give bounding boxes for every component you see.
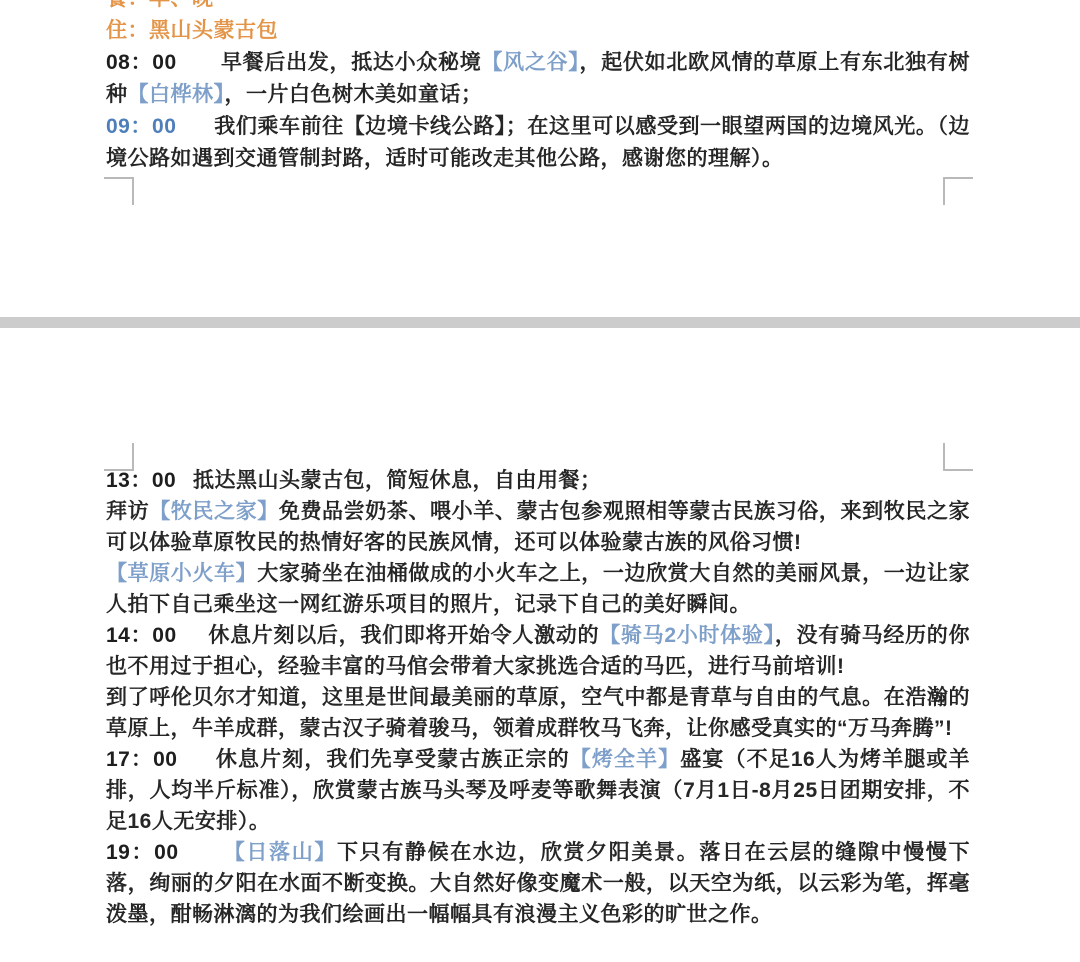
highlight-wind-valley: 【风之谷】 — [481, 51, 579, 74]
text-run: 拜访 — [106, 500, 149, 523]
highlight-horse-riding: 【骑马2小时体验】 — [599, 624, 775, 647]
highlight-roast-lamb: 【烤全羊】 — [570, 748, 681, 771]
highlight-birch-forest: 【白桦林】 — [128, 83, 225, 106]
paragraph-1700: 17：00休息片刻，我们先享受蒙古族正宗的【烤全羊】盛宴（不足16人为烤羊腿或羊… — [106, 744, 970, 837]
time-label-0900: 09：00 — [106, 115, 176, 138]
meal-line: 餐：早、晚 — [106, 0, 970, 15]
highlight-grass-train: 【草原小火车】 — [106, 562, 257, 585]
paragraph-1400: 14：00休息片刻以后，我们即将开始令人激动的【骑马2小时体验】，没有骑马经历的… — [106, 620, 970, 682]
time-label-1700: 17：00 — [106, 748, 177, 771]
stay-label: 住：黑山头蒙古包 — [106, 19, 278, 42]
paragraph-grassland: 到了呼伦贝尔才知道，这里是世间最美丽的草原，空气中都是青草与自由的气息。在浩瀚的… — [106, 682, 970, 744]
page-1-text-area: 餐：早、晚 住：黑山头蒙古包 08：00早餐后出发，抵达小众秘境【风之谷】，起伏… — [106, 0, 970, 175]
paragraph-herdsman-home: 拜访【牧民之家】免费品尝奶茶、喂小羊、蒙古包参观照相等蒙古民族习俗，来到牧民之家… — [106, 496, 970, 558]
time-label-1900: 19：00 — [106, 841, 179, 864]
paragraph-grass-train: 【草原小火车】大家骑坐在油桶做成的小火车之上，一边欣赏大自然的美丽风景，一边让家… — [106, 558, 970, 620]
text-run: 到了呼伦贝尔才知道，这里是世间最美丽的草原，空气中都是青草与自由的气息。在浩瀚的… — [106, 686, 970, 740]
crop-mark-page1-bottom-right — [943, 177, 973, 205]
text-run-blue: 我们乘车前往【边境卡线公路】；在这里可以感受到一眼望两国的边境风光。（边境公路如… — [106, 115, 970, 170]
page-2-text-area: 13：00抵达黑山头蒙古包，简短休息，自由用餐； 拜访【牧民之家】免费品尝奶茶、… — [106, 465, 970, 930]
time-label-1400: 14：00 — [106, 624, 177, 647]
text-run: 早餐后出发，抵达小众秘境 — [221, 51, 482, 74]
text-run: 休息片刻，我们先享受蒙古族正宗的 — [215, 748, 569, 771]
paragraph-0800: 08：00早餐后出发，抵达小众秘境【风之谷】，起伏如北欧风情的草原上有东北独有树… — [106, 47, 970, 111]
time-label-0800: 08：00 — [106, 51, 177, 74]
highlight-sunset-mountain: 【日落山】 — [223, 841, 337, 864]
paragraph-1900: 19：00【日落山】下只有静候在水边，欣赏夕阳美景。落日在云层的缝隙中慢慢下落，… — [106, 837, 970, 930]
highlight-herdsman-home: 【牧民之家】 — [149, 500, 279, 523]
paragraph-1300: 13：00抵达黑山头蒙古包，简短休息，自由用餐； — [106, 465, 970, 496]
stay-line: 住：黑山头蒙古包 — [106, 15, 970, 47]
crop-mark-page1-bottom-left — [104, 177, 134, 205]
text-run: ，一片白色树木美如童话； — [225, 83, 483, 106]
text-run: 抵达黑山头蒙古包，简短休息，自由用餐； — [193, 469, 602, 492]
time-label-1300: 13：00 — [106, 469, 176, 492]
meal-label: 餐：早、晚 — [106, 0, 214, 10]
page-gap — [0, 317, 1080, 328]
paragraph-0900: 09：00我们乘车前往【边境卡线公路】；在这里可以感受到一眼望两国的边境风光。（… — [106, 111, 970, 175]
text-run: 休息片刻以后，我们即将开始令人激动的 — [208, 624, 599, 647]
